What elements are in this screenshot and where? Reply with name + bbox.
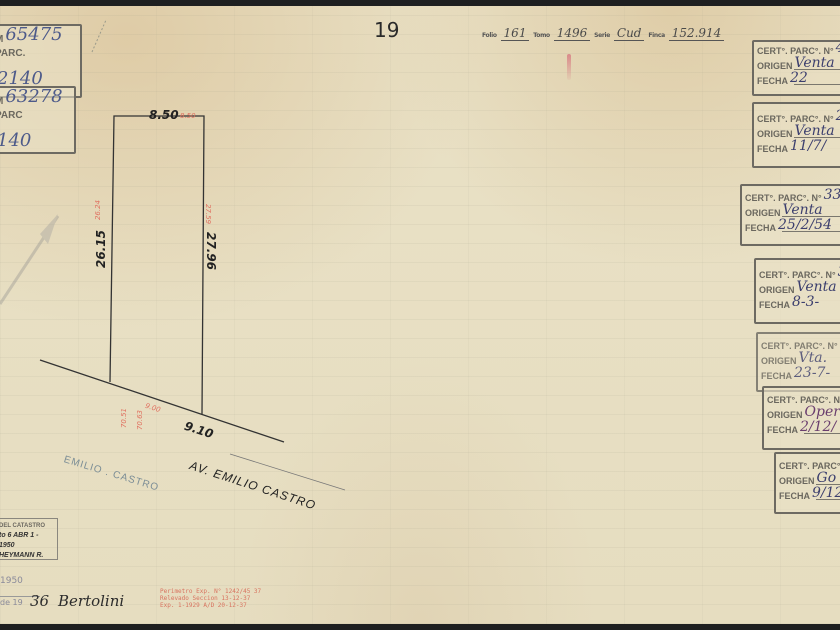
right-stamp-5: CERT°. PARC°. N° ORIGENVta. FECHA23-7- [756, 332, 840, 392]
red-annotation: Perimetro Exp. N° 1242/45 37 Relevado Se… [160, 588, 261, 609]
front-width-red: 9.00 [144, 402, 161, 414]
year-handwritten: 36 [30, 592, 49, 610]
street-name-main: AV. EMILIO CASTRO [188, 458, 318, 512]
stamp-row: PARC [0, 110, 74, 132]
right-side-dimension: 27.96 [204, 232, 218, 270]
ruled-grid [0, 6, 840, 624]
red-dimension-small-1: 70.51 [120, 408, 128, 428]
right-stamp-1: CERT°. PARC°. N°4 ORIGENVenta FECHA22 [752, 40, 840, 96]
right-side-red: 27.59 [204, 204, 212, 224]
serie-label: Serie [594, 32, 610, 39]
right-stamp-2: CERT°. PARC°. N°2 ORIGENVenta FECHA11/7/ [752, 102, 840, 168]
stamp-row: 140 [0, 132, 74, 154]
folio-value: 161 [501, 26, 530, 41]
right-stamp-6: CERT°. PARC°. N° ORIGENOper FECHA2/12/ [762, 386, 840, 450]
red-dimension-small-2: 70.63 [136, 410, 144, 430]
north-arrow-icon [0, 214, 58, 304]
registry-header: Folio 161 Tomo 1496 Serie Cud Finca 152.… [482, 26, 734, 46]
right-stamp-3: CERT°. PARC°. N°330 ORIGENVenta FECHA25/… [740, 184, 840, 246]
stamp-row: M65475 [0, 26, 80, 48]
red-pencil-mark [567, 54, 571, 80]
street-name-faint: EMILIO . CASTRO [62, 454, 160, 493]
top-width-dimension: 8.50 [149, 108, 179, 122]
bottom-left-faint-number: 1950 [0, 576, 23, 586]
top-width-red: 8.50 [180, 112, 196, 120]
right-stamp-4: CERT°. PARC°. N°3 ORIGENVenta FECHA8-3- [754, 258, 840, 324]
left-side-red: 26.24 [94, 200, 102, 220]
tomo-value: 1496 [554, 26, 591, 41]
cadastral-sheet: 19 Folio 161 Tomo 1496 Serie Cud Finca 1… [0, 6, 840, 624]
folio-label: Folio [482, 32, 497, 39]
page-number: 19 [374, 18, 399, 42]
front-width-dimension: 9.10 [183, 419, 215, 441]
tomo-label: Tomo [533, 32, 550, 39]
finca-value: 152.914 [669, 26, 725, 41]
date-prefix: de 19 [0, 598, 23, 607]
stamp-row: PARC. [0, 48, 80, 70]
finca-label: Finca [648, 32, 665, 39]
left-side-dimension: 26.15 [94, 230, 108, 268]
serie-value: Cud [614, 26, 645, 41]
signature: Bertolini [58, 592, 124, 610]
catastro-stamp: DEL CATASTRO to 6 ABR 1 - 1950 HEYMANN R… [0, 518, 58, 560]
plot-diagram [0, 6, 840, 624]
stamp-row: M63278 [0, 88, 74, 110]
left-stamp-2: M63278 PARC 140 [0, 86, 76, 154]
right-stamp-7: CERT°. PARC°. N° ORIGENGo FECHA9/12 [774, 452, 840, 514]
